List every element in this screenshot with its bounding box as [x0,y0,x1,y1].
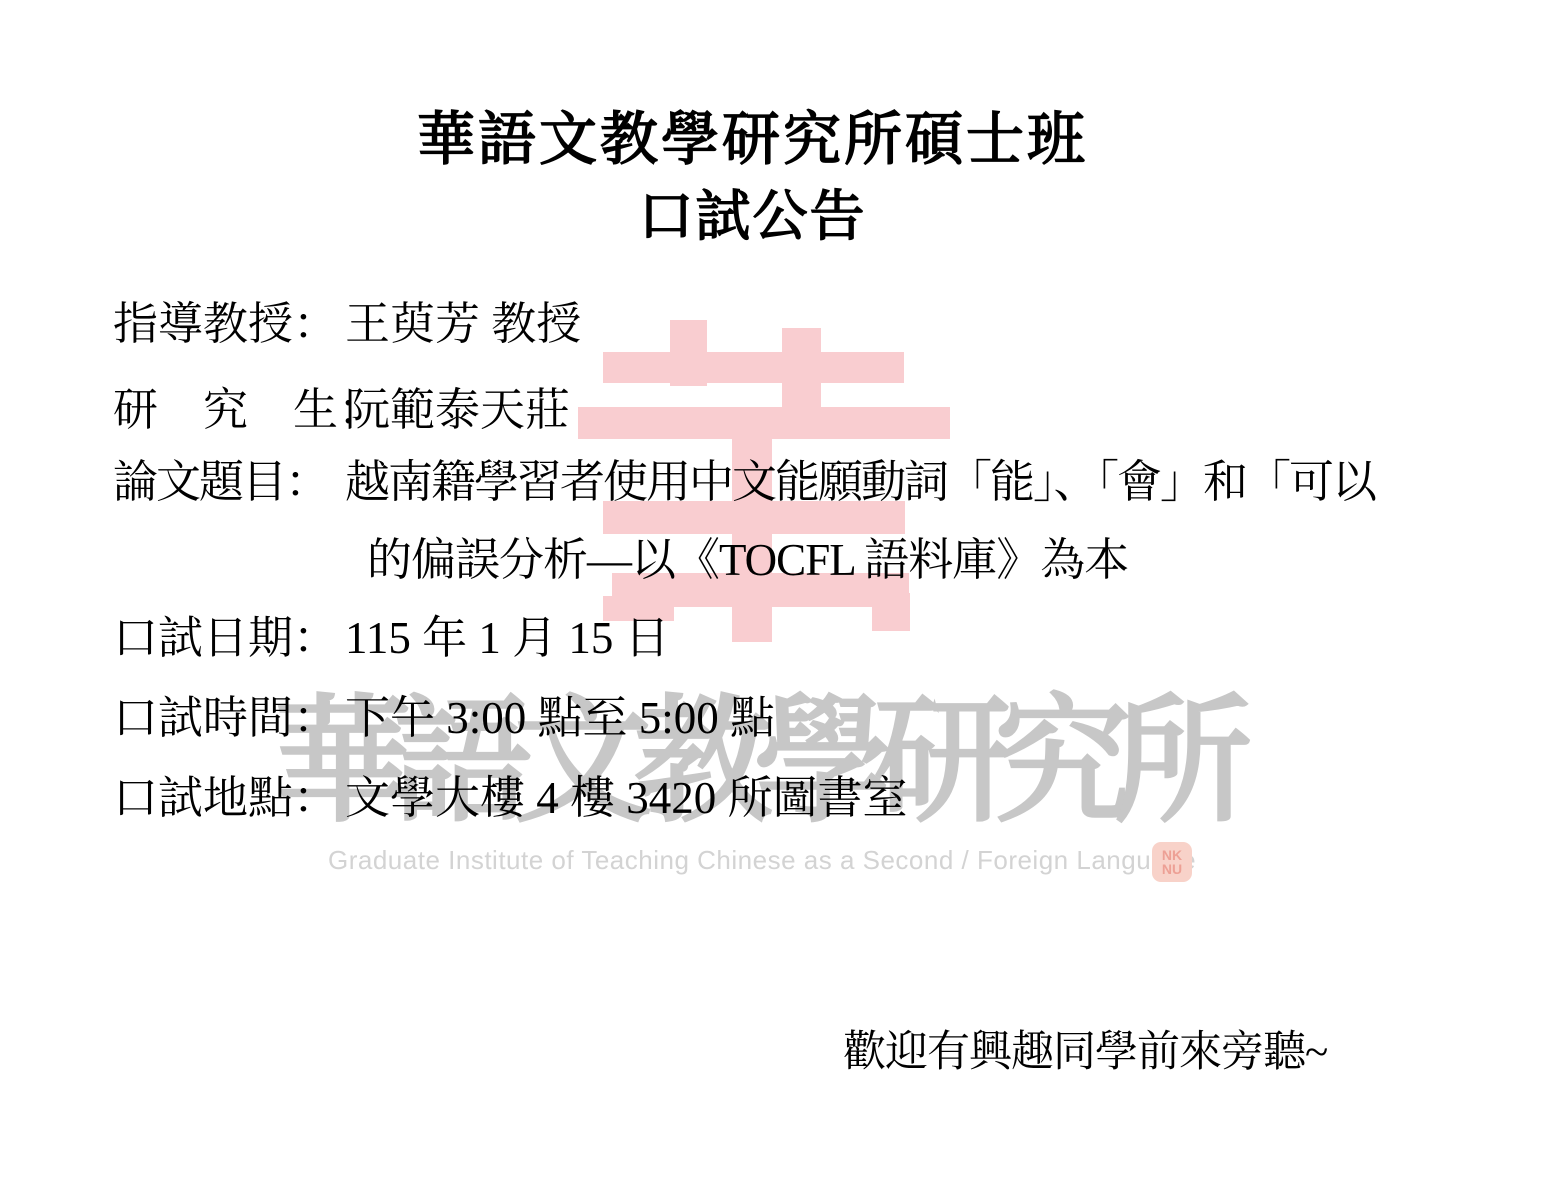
exam-time-value: 下午 3:00 點至 5:00 點 [345,693,775,743]
exam-time-label: 口試時間： [113,691,345,745]
page-title-line2: 口試公告 [0,172,1505,251]
student-row: 研 究 生：阮範泰天莊 [113,383,570,437]
announcement-page: { "document": { "title_line1": "華語文教學研究所… [0,0,1553,1200]
nknu-logo: NK NU [1152,842,1192,882]
exam-venue-label: 口試地點： [113,771,345,825]
page-title-line1: 華語文教學研究所碩士班 [0,92,1505,176]
thesis-title-row: 論文題目：越南籍學習者使用中文能願動詞「能」、「會」和「可以 [113,455,1375,509]
exam-date-row: 口試日期：115 年 1 月 15 日 [113,611,670,665]
thesis-title-line1: 越南籍學習者使用中文能願動詞「能」、「會」和「可以 [345,457,1375,507]
exam-venue-value: 文學大樓 4 樓 3420 所圖書室 [345,773,908,823]
student-label: 研 究 生： [113,383,345,437]
thesis-title-line2: 的偏誤分析—以《TOCFL 語料庫》為本 [367,523,1128,588]
exam-date-label: 口試日期： [113,611,345,665]
nknu-logo-line1: NK [1162,848,1182,862]
exam-date-value: 115 年 1 月 15 日 [345,613,670,663]
exam-venue-row: 口試地點：文學大樓 4 樓 3420 所圖書室 [113,771,908,825]
advisor-label: 指導教授： [113,297,345,351]
exam-time-row: 口試時間：下午 3:00 點至 5:00 點 [113,691,775,745]
advisor-row: 指導教授：王萸芳 教授 [113,297,581,351]
advisor-value: 王萸芳 教授 [345,299,581,349]
welcome-note: 歡迎有興趣同學前來旁聽~ [843,1018,1327,1079]
thesis-label: 論文題目： [113,455,345,509]
institute-watermark-english: Graduate Institute of Teaching Chinese a… [328,845,1196,876]
nknu-logo-line2: NU [1162,862,1182,876]
student-value: 阮範泰天莊 [345,385,570,435]
